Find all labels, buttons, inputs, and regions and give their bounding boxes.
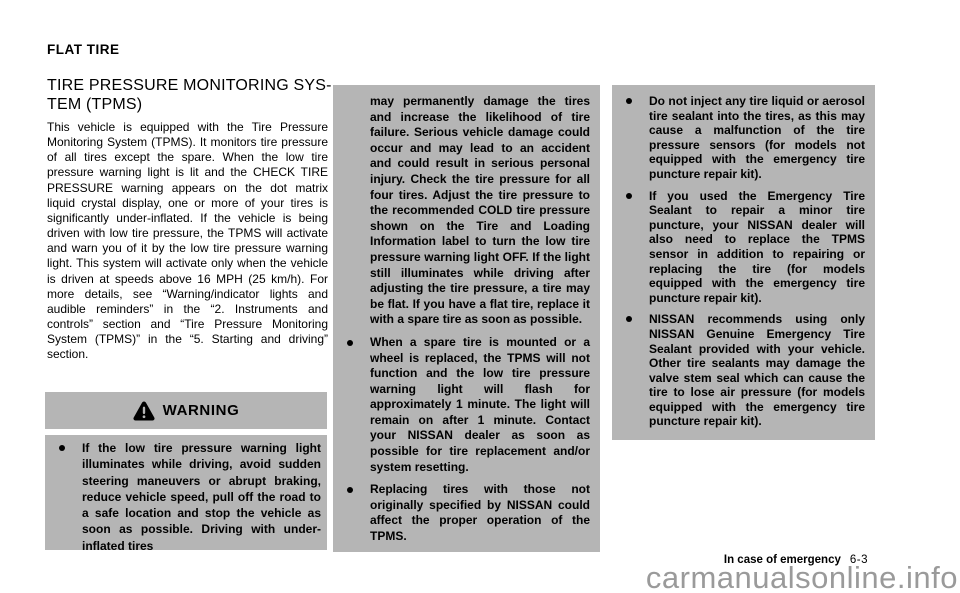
warning-body-column1: If the low tire pressure warning light i…	[45, 435, 327, 550]
chapter-title: FLAT TIRE	[47, 42, 120, 57]
manual-page: FLAT TIRE TIRE PRESSURE MONITORING SYS- …	[0, 0, 960, 593]
warning-bullet-1: If the low tire pressure warning light i…	[45, 440, 321, 554]
warning-body-column3: Do not inject any tire liquid or aerosol…	[612, 85, 875, 440]
warning-label: WARNING	[163, 402, 240, 419]
section-title-line2: TEM (TPMS)	[47, 96, 332, 115]
warning-body-column2: may permanently damage the tires and inc…	[333, 85, 600, 552]
warning-triangle-icon	[133, 401, 155, 421]
warning-bullet-1-continuation: may permanently damage the tires and inc…	[333, 94, 590, 328]
section-title-line1: TIRE PRESSURE MONITORING SYS-	[47, 77, 332, 96]
section-title: TIRE PRESSURE MONITORING SYS- TEM (TPMS)	[47, 77, 332, 114]
footer-section-name: In case of emergency	[724, 554, 841, 566]
warning-bullet-4: Do not inject any tire liquid or aerosol…	[612, 94, 865, 182]
warning-bullet-2: When a spare tire is mounted or a wheel …	[333, 335, 590, 475]
page-footer: In case of emergency6-3	[724, 554, 868, 566]
warning-bullet-6: NISSAN recommends using only NISSAN Genu…	[612, 312, 865, 429]
intro-paragraph: This vehicle is equipped with the Tire P…	[47, 120, 328, 363]
warning-bullet-3: Replacing tires with those not originall…	[333, 482, 590, 544]
warning-header: WARNING	[45, 392, 327, 429]
footer-page-number: 6-3	[850, 554, 868, 566]
warning-bullet-5: If you used the Emergency Tire Sealant t…	[612, 189, 865, 306]
